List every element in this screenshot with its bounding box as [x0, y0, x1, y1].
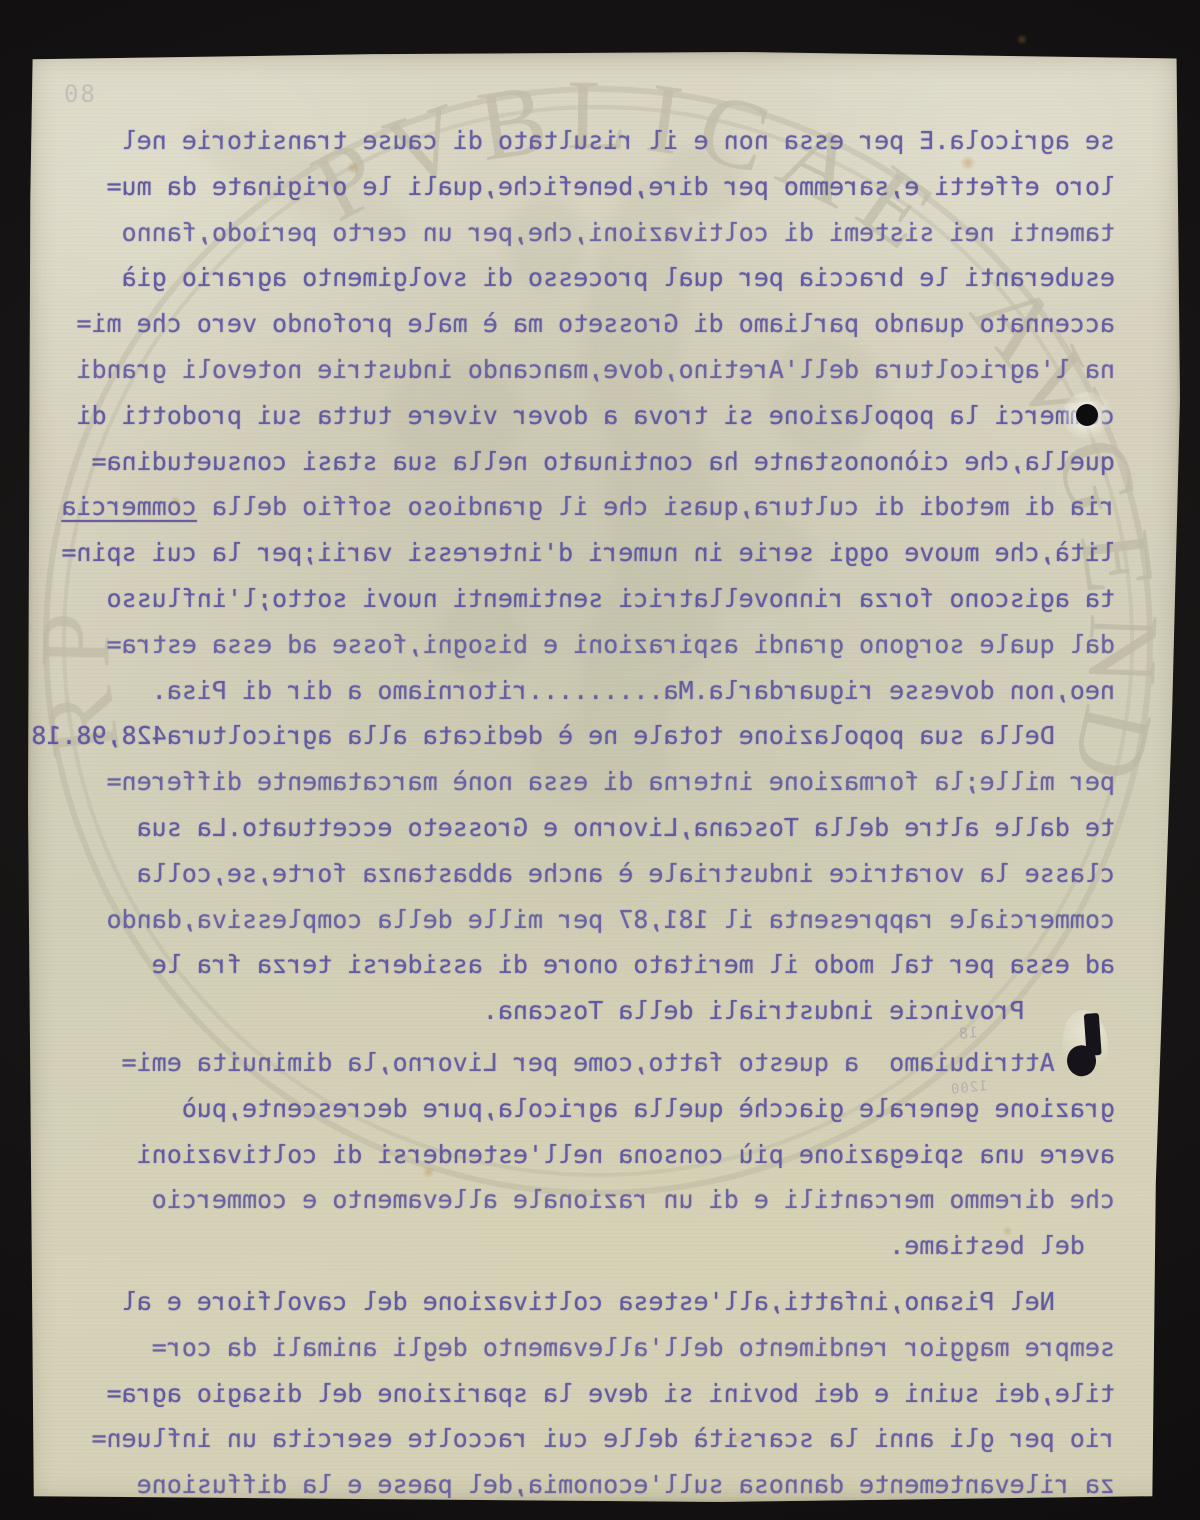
typewritten-text-block-mirrored: se agricola.E per essa non e il risultat… [0, 118, 1200, 1508]
text-line: classe la voratrice industriale è anche … [0, 851, 1115, 897]
text-line: grazione generale giacchè quella agricol… [0, 1086, 1115, 1132]
text-line: esuberanti le braccia per qual processo … [0, 255, 1115, 301]
text-line: tile,dei suini e dei bovini si deve la s… [0, 1371, 1115, 1417]
text-line: neo,non dovesse riguardarla.Ma.........r… [0, 668, 1115, 714]
text-line: ad essa per tal modo il meritato onore d… [0, 942, 1115, 988]
stain [422, 1166, 435, 1178]
stain [1016, 34, 1028, 45]
stain [1002, 1226, 1013, 1236]
text-lines: se agricola.E per essa non e il risultat… [0, 118, 1115, 1508]
text-line: che diremmo mercantili e di un razionale… [0, 1177, 1115, 1223]
text-line: dal quale sorgono grandi aspirazioni e b… [0, 622, 1115, 668]
page-number: 80 [62, 80, 95, 108]
text-line: quella,che ciònonostante ha continuato n… [0, 439, 1115, 485]
ink-blot [1064, 1013, 1106, 1079]
stain [170, 496, 181, 506]
text-line: avere una spiegazione più consona nell'e… [0, 1132, 1115, 1178]
scanned-page-scene: PVBLICAE AVGEND RP 80 se agricola.E per … [0, 0, 1200, 1520]
hole-punch [1076, 404, 1098, 426]
text-line: Della sua popolazione totale ne è dedica… [0, 713, 1115, 759]
text-line: ria di metodi di cultura,quasi che il gr… [0, 484, 1115, 530]
text-line: rio per gli anni la scarsità delle cui r… [0, 1416, 1115, 1462]
stain [204, 1392, 214, 1401]
text-line: te dalle altre della Toscana,Livorno e G… [0, 805, 1115, 851]
text-line: za rilevantemente dannosa sull'economia,… [0, 1462, 1115, 1508]
text-line: se agricola.E per essa non e il risultat… [0, 118, 1115, 164]
text-line: Nel Pisano,infatti,all'estesa coltivazio… [0, 1279, 1115, 1325]
text-line: del bestiame. [0, 1223, 1115, 1269]
pencil-scribble: 18 [957, 1023, 979, 1043]
text-line: tamenti nei sistemi di coltivazioni,che,… [0, 210, 1115, 256]
text-line: Provincie industriali della Toscana. [0, 988, 1115, 1034]
text-line: commerciale rappresenta il 181,87 per mi… [0, 897, 1115, 943]
stain [346, 162, 360, 174]
stain [732, 1434, 744, 1444]
text-line: commerci la popolazione si trova a dover… [0, 393, 1115, 439]
text-line: per mille;la formazione interna di essa … [0, 759, 1115, 805]
text-line: sempre maggior rendimento dell'allevamen… [0, 1325, 1115, 1371]
stain [960, 156, 976, 170]
text-line: Attribuiamo a questo fatto,come per Livo… [0, 1040, 1115, 1086]
text-line: accennato quando parliamo di Grosseto ma… [0, 301, 1115, 347]
text-line: loro effetti e,saremmo per dire,benefich… [0, 164, 1115, 210]
text-line: na l'agricoltura dell'Aretino,dove,manca… [0, 347, 1115, 393]
text-line: lità,che muove oggi serie in numeri d'in… [0, 530, 1115, 576]
text-line: ta agiscono forza rinnovellatrici sentim… [0, 576, 1115, 622]
